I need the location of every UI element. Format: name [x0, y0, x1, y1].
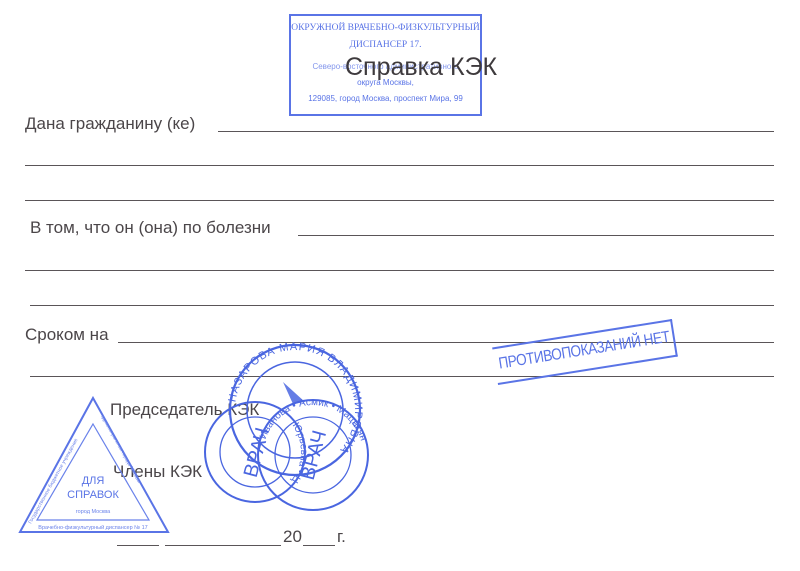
document-title: Справка КЭК: [345, 53, 497, 82]
stamp-line-2: ДИСПАНСЕР 17.: [291, 40, 480, 50]
blank-line-6[interactable]: [30, 305, 774, 306]
given-to-line[interactable]: [218, 131, 774, 132]
triangle-outer-right: здравоохранения города Москвы: [99, 414, 142, 485]
diagnosis-label: В том, что он (она) по болезни: [30, 218, 271, 238]
triangle-outer-left: Государственное бюджетное учреждение: [28, 437, 80, 524]
triangle-outer-bottom: Врачебно-физкультурный диспансер № 17: [38, 524, 147, 531]
date-month-line[interactable]: [165, 545, 281, 546]
date-year-suffix: г.: [337, 527, 346, 547]
triangle-stamp: ДЛЯ СПРАВОК город Москва Врачебно-физкул…: [15, 392, 175, 542]
blank-line-2[interactable]: [25, 165, 774, 166]
blank-line-3[interactable]: [25, 200, 774, 201]
triangle-inner-bottom: город Москва: [76, 509, 111, 515]
date-day-line[interactable]: [117, 545, 159, 546]
stamp-line-1: ОКРУЖНОЙ ВРАЧЕБНО-ФИЗКУЛЬТУРНЫЙ: [291, 23, 480, 33]
date-year-line[interactable]: [303, 545, 335, 546]
blank-line-8[interactable]: [30, 376, 774, 377]
date-year-prefix: 20: [283, 527, 302, 547]
term-label: Сроком на: [25, 325, 109, 345]
blank-line-5[interactable]: [25, 270, 774, 271]
given-to-label: Дана гражданину (ке): [25, 114, 195, 134]
round-stamps: НАЗАРОВА МАРИЯ ВЛАДИМИРОВНА Юрьевна • Ц …: [195, 330, 385, 530]
diagnosis-line[interactable]: [298, 235, 774, 236]
triangle-center-line2: СПРАВОК: [67, 489, 119, 501]
no-contraindications-text: ПРОТИВОПОКАЗАНИЙ НЕТ: [498, 329, 671, 374]
triangle-center-line1: ДЛЯ: [82, 475, 105, 487]
stamp-line-5: 129085, город Москва, проспект Мира, 99: [291, 94, 480, 103]
